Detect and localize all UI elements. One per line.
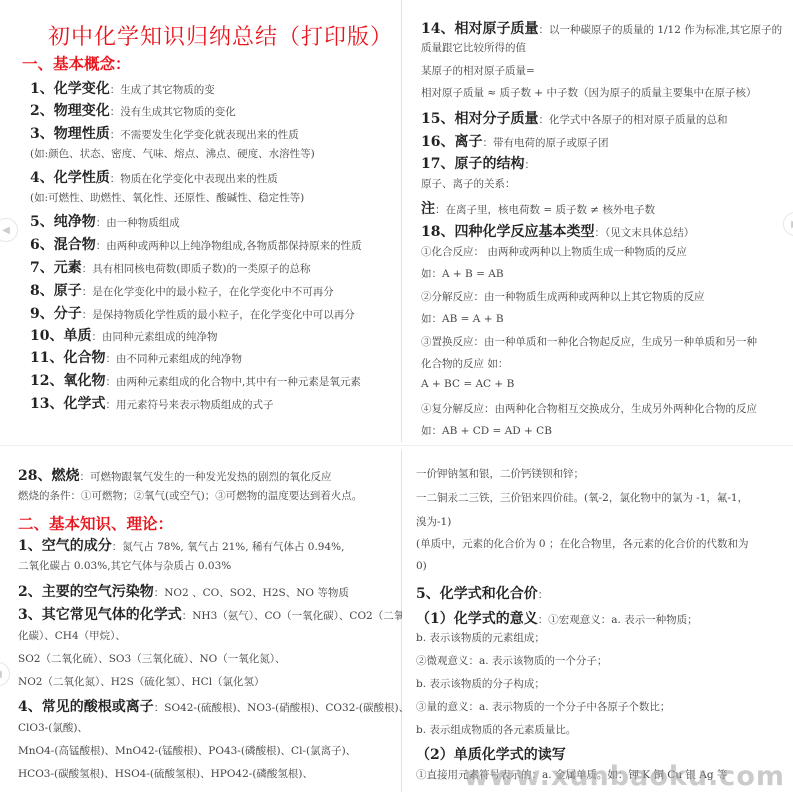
item-number: 5、 [416,586,440,602]
text-line: 7、元素：具有相同核电荷数(即质子数)的一类原子的总称 [30,257,310,277]
term-definition: 燃烧的条件：①可燃物；②氧气(或空气)；③可燃物的温度要达到着火点。 [18,490,362,502]
item-number: 3、 [30,126,54,142]
arrow-left-icon: ◀ [0,669,2,680]
term-definition: ： [524,159,535,171]
text-line: 燃烧的条件：①可燃物；②氧气(或空气)；③可燃物的温度要达到着火点。 [18,488,362,503]
term-label: 空气的成分 [42,538,112,554]
item-number: 12、 [30,373,63,389]
term-definition: 某原子的相对原子质量= [421,65,535,77]
term-definition: 一价钾钠氢和银，二价钙镁钡和锌； [416,468,584,480]
term-definition: MnO4-(高锰酸根)、MnO42-(锰酸根)、PO43-(磷酸根)、Cl-(氯… [18,745,356,757]
term-definition: ：具有相同核电荷数(即质子数)的一类原子的总称 [82,263,311,275]
term-label: 相对原子质量 [454,21,538,37]
term-definition: (如:可燃性、助燃性、氧化性、还原性、酸碱性、稳定性等) [30,192,304,204]
document-page-2: 14、相对原子质量：以一种碳原子的质量的 1/12 作为标准,其它原子的质量跟它… [402,0,793,442]
section-heading: 一、基本概念： [22,52,131,74]
term-definition: ：没有生成其它物质的变化 [110,106,236,118]
text-line: 质量跟它比较所得的值 [421,40,526,55]
text-line: 如：AB = A + B [421,311,504,326]
term-definition: ：NO2 、CO、SO2、H2S、NO 等物质 [154,587,349,599]
text-line: b. 表示该物质的元素组成； [416,630,545,645]
text-line: 11、化合物：由不同种元素组成的纯净物 [30,347,242,367]
text-line: 15、相对分子质量：化学式中各原子的相对原子质量的总和 [421,108,727,128]
term-definition: (单质中，元素的化合价为 0 ；在化合物里，各元素的化合价的代数和为 [416,538,748,550]
term-label: （1）化学式的意义 [416,611,538,627]
text-line: 原子、离子的关系： [421,176,516,191]
text-line: ClO3-(氯酸)、 [18,720,88,735]
item-number: 28、 [18,468,51,484]
term-label: 物理变化 [54,103,110,119]
term-label: 物理性质 [54,126,110,142]
term-definition: ：不需要发生化学变化就表现出来的性质 [110,129,299,141]
item-number: 16、 [421,134,454,150]
text-line: 化合物的反应 如： [421,356,508,371]
term-label: 混合物 [54,237,96,253]
item-number: 1、 [30,81,54,97]
text-line: （1）化学式的意义：①宏观意义：a. 表示一种物质； [416,608,698,628]
term-definition: 化合物的反应 如： [421,358,508,370]
term-definition: ：在离子里，核电荷数 = 质子数 ≠ 核外电子数 [435,204,655,216]
term-definition: ③量的意义：a. 表示物质的一个分子中各原子个数比； [416,701,670,713]
term-definition: ：物质在化学变化中表现出来的性质 [110,173,278,185]
section-heading: 二、基本知识、理论： [18,512,173,534]
term-definition: ：①宏观意义：a. 表示一种物质； [538,614,698,626]
text-line: (单质中，元素的化合价为 0 ；在化合物里，各元素的化合价的代数和为 [416,536,748,551]
text-line: 8、原子：是在化学变化中的最小粒子，在化学变化中不可再分 [30,280,334,300]
term-definition: ：由不同种元素组成的纯净物 [105,353,242,365]
text-line: 9、分子：是保持物质化学性质的最小粒子，在化学变化中可以再分 [30,303,355,323]
term-definition: 如：A + B = AB [421,268,504,280]
term-label: 注 [421,201,435,217]
term-definition: ：以一种碳原子的质量的 1/12 作为标准,其它原子的 [538,24,782,36]
term-definition: ：可燃物跟氧气发生的一种发光发热的剧烈的氧化反应 [79,471,331,483]
text-line: 2、主要的空气污染物：NO2 、CO、SO2、H2S、NO 等物质 [18,581,349,601]
item-number: 2、 [18,584,42,600]
term-definition: ：由两种元素组成的化合物中,其中有一种元素是氧元素 [105,376,360,388]
item-number: 1、 [18,538,42,554]
term-definition: SO2（二氧化硫）、SO3（三氧化硫）、NO（一氧化氮）、 [18,653,286,665]
term-definition: 质量跟它比较所得的值 [421,42,526,54]
term-label: 元素 [54,260,82,276]
text-line: 2、物理变化：没有生成其它物质的变化 [30,100,236,120]
term-label: 四种化学反应基本类型 [454,224,594,240]
watermark: www.xunbaoku.com [464,761,785,792]
term-definition: 0) [416,560,427,572]
term-definition: 一二铜汞二三铁，三价铝来四价硅。(氧-2，氯化物中的氯为 -1，氟-1， [416,492,748,504]
text-line: 如：A + B = AB [421,266,504,281]
item-number: 3、 [18,607,42,623]
term-label: 离子 [454,134,482,150]
item-number: 13、 [30,396,63,412]
text-line: ④复分解反应：由两种化合物相互交换成分，生成另外两种化合物的反应 [421,401,757,416]
text-line: 17、原子的结构： [421,153,535,173]
text-line: (如:可燃性、助燃性、氧化性、还原性、酸碱性、稳定性等) [30,190,304,205]
term-definition: 溴为-1) [416,516,451,528]
term-label: 其它常见气体的化学式 [42,607,182,623]
text-line: ①化合反应： 由两种或两种以上物质生成一种物质的反应 [421,244,687,259]
text-line: MnO4-(高锰酸根)、MnO42-(锰酸根)、PO43-(磷酸根)、Cl-(氯… [18,743,356,758]
term-definition: ：用元素符号来表示物质组成的式子 [105,399,273,411]
item-number: 18、 [421,224,454,240]
item-number: 2、 [30,103,54,119]
arrow-left-icon: ◀ [2,225,10,236]
term-definition: ：由一种物质组成 [96,217,180,229]
text-line: 5、化学式和化合价： [416,583,548,603]
term-definition: ：由同种元素组成的纯净物 [91,331,217,343]
text-line: ③置换反应：由一种单质和一种化合物起反应，生成另一种单质和另一种 [421,334,757,349]
term-label: 燃烧 [51,468,79,484]
term-definition: ：SO42-(硫酸根)、NO3-(硝酸根)、CO32-(碳酸根)、 [154,702,409,714]
term-label: 化学式和化合价 [440,586,538,602]
text-line: 5、纯净物：由一种物质组成 [30,211,180,231]
term-definition: HCO3-(碳酸氢根)、HSO4-(硫酸氢根)、HPO42-(磷酸氢根)、 [18,768,313,780]
term-definition: ClO3-(氯酸)、 [18,722,88,734]
term-label: 单质 [63,328,91,344]
item-number: 14、 [421,21,454,37]
term-definition: ②分解反应：由一种物质生成两种或两种以上其它物质的反应 [421,291,705,303]
page-gap [0,445,793,446]
item-number: 7、 [30,260,54,276]
term-definition: ：（见文末具体总结） [594,227,694,239]
text-line: 13、化学式：用元素符号来表示物质组成的式子 [30,393,273,413]
text-line: HCO3-(碳酸氢根)、HSO4-(硫酸氢根)、HPO42-(磷酸氢根)、 [18,766,313,781]
term-label: 纯净物 [54,214,96,230]
term-definition: ①化合反应： 由两种或两种以上物质生成一种物质的反应 [421,246,687,258]
term-definition: ：由两种或两种以上纯净物组成,各物质都保持原来的性质 [96,240,362,252]
text-line: b. 表示该物质的分子构成； [416,676,545,691]
text-line: 某原子的相对原子质量= [421,63,535,78]
term-label: 原子的结构 [454,156,524,172]
text-line: (如:颜色、状态、密度、气味、熔点、沸点、硬度、水溶性等) [30,146,315,161]
text-line: 注：在离子里，核电荷数 = 质子数 ≠ 核外电子数 [421,198,655,218]
document-title: 初中化学知识归纳总结（打印版） [48,20,393,51]
text-line: NO2（二氧化氮）、H2S（硫化氢）、HCl（氯化氢） [18,674,265,689]
text-line: 二氧化碳占 0.03%,其它气体与杂质占 0.03% [18,558,231,573]
term-definition: ：是保持物质化学性质的最小粒子，在化学变化中可以再分 [82,309,355,321]
term-label: 常见的酸根或离子 [42,699,154,715]
text-line: b. 表示组成物质的各元素质量比。 [416,722,576,737]
item-number: 10、 [30,328,63,344]
term-definition: ：化学式中各原子的相对原子质量的总和 [538,114,727,126]
text-line: 16、离子：带有电荷的原子或原子团 [421,131,608,151]
term-label: 化学式 [63,396,105,412]
term-label: 主要的空气污染物 [42,584,154,600]
term-definition: ：是在化学变化中的最小粒子，在化学变化中不可再分 [82,286,334,298]
text-line: ②微观意义：a. 表示该物质的一个分子； [416,653,607,668]
term-definition: ：生成了其它物质的变 [110,84,215,96]
term-definition: NO2（二氧化氮）、H2S（硫化氢）、HCl（氯化氢） [18,676,265,688]
item-number: 17、 [421,156,454,172]
text-line: 6、混合物：由两种或两种以上纯净物组成,各物质都保持原来的性质 [30,234,362,254]
text-line: 18、四种化学反应基本类型：（见文末具体总结） [421,221,694,241]
term-label: 化合物 [63,350,105,366]
term-definition: ：带有电荷的原子或原子团 [482,137,608,149]
term-definition: 二氧化碳占 0.03%,其它气体与杂质占 0.03% [18,560,231,572]
term-definition: ：氮气占 78%, 氧气占 21%, 稀有气体占 0.94%, [112,541,345,553]
text-line: 3、物理性质：不需要发生化学变化就表现出来的性质 [30,123,299,143]
text-line: 化碳）、CH4（甲烷）、 [18,628,126,643]
term-label: 氧化物 [63,373,105,389]
text-line: 相对原子质量 ≈ 质子数 + 中子数（因为原子的质量主要集中在原子核） [421,85,756,100]
text-line: ③量的意义：a. 表示物质的一个分子中各原子个数比； [416,699,670,714]
text-line: 1、空气的成分：氮气占 78%, 氧气占 21%, 稀有气体占 0.94%, [18,535,344,555]
document-page-4: 一价钾钠氢和银，二价钙镁钡和锌；一二铜汞二三铁，三价铝来四价硅。(氧-2，氯化物… [402,450,793,792]
item-number: 8、 [30,283,54,299]
document-page-1: 初中化学知识归纳总结（打印版） 一、基本概念： 1、化学变化：生成了其它物质的变… [0,0,400,442]
text-line: 4、化学性质：物质在化学变化中表现出来的性质 [30,167,278,187]
term-definition: 相对原子质量 ≈ 质子数 + 中子数（因为原子的质量主要集中在原子核） [421,87,756,99]
item-number: 5、 [30,214,54,230]
term-label: 化学变化 [54,81,110,97]
text-line: 如：AB + CD = AD + CB [421,423,552,438]
term-definition: A + BC = AC + B [421,378,514,390]
item-number: 15、 [421,111,454,127]
term-label: 原子 [54,283,82,299]
term-definition: 化碳）、CH4（甲烷）、 [18,630,126,642]
text-line: ②分解反应：由一种物质生成两种或两种以上其它物质的反应 [421,289,705,304]
item-number: 9、 [30,306,54,322]
text-line: 1、化学变化：生成了其它物质的变 [30,78,215,98]
text-line: A + BC = AC + B [421,378,514,390]
text-line: SO2（二氧化硫）、SO3（三氧化硫）、NO（一氧化氮）、 [18,651,286,666]
term-definition: ④复分解反应：由两种化合物相互交换成分，生成另外两种化合物的反应 [421,403,757,415]
term-definition: (如:颜色、状态、密度、气味、熔点、沸点、硬度、水溶性等) [30,148,315,160]
term-definition: ：NH3（氨气）、CO（一氧化碳）、CO2（二氧 [182,610,405,622]
item-number: 11、 [30,350,63,366]
text-line: 3、其它常见气体的化学式：NH3（氨气）、CO（一氧化碳）、CO2（二氧 [18,604,404,624]
term-definition: ②微观意义：a. 表示该物质的一个分子； [416,655,607,667]
term-label: 分子 [54,306,82,322]
term-definition: 如：AB = A + B [421,313,504,325]
term-definition: b. 表示该物质的元素组成； [416,632,545,644]
text-line: 一二铜汞二三铁，三价铝来四价硅。(氧-2，氯化物中的氯为 -1，氟-1， [416,490,748,505]
term-definition: b. 表示组成物质的各元素质量比。 [416,724,576,736]
text-line: 溴为-1) [416,514,451,529]
text-line: 28、燃烧：可燃物跟氧气发生的一种发光发热的剧烈的氧化反应 [18,465,331,485]
term-label: 相对分子质量 [454,111,538,127]
item-number: 6、 [30,237,54,253]
term-definition: b. 表示该物质的分子构成； [416,678,545,690]
document-page-3: 28、燃烧：可燃物跟氧气发生的一种发光发热的剧烈的氧化反应燃烧的条件：①可燃物；… [0,450,400,792]
term-definition: 原子、离子的关系： [421,178,516,190]
text-line: 一价钾钠氢和银，二价钙镁钡和锌； [416,466,584,481]
text-line: 14、相对原子质量：以一种碳原子的质量的 1/12 作为标准,其它原子的 [421,18,782,38]
term-definition: ③置换反应：由一种单质和一种化合物起反应，生成另一种单质和另一种 [421,336,757,348]
term-definition: ： [538,589,549,601]
text-line: 12、氧化物：由两种元素组成的化合物中,其中有一种元素是氧元素 [30,370,361,390]
text-line: 0) [416,560,427,572]
item-number: 4、 [18,699,42,715]
text-line: 10、单质：由同种元素组成的纯净物 [30,325,217,345]
term-definition: 如：AB + CD = AD + CB [421,425,552,437]
text-line: 4、常见的酸根或离子：SO42-(硫酸根)、NO3-(硝酸根)、CO32-(碳酸… [18,696,409,716]
item-number: 4、 [30,170,54,186]
term-label: 化学性质 [54,170,110,186]
